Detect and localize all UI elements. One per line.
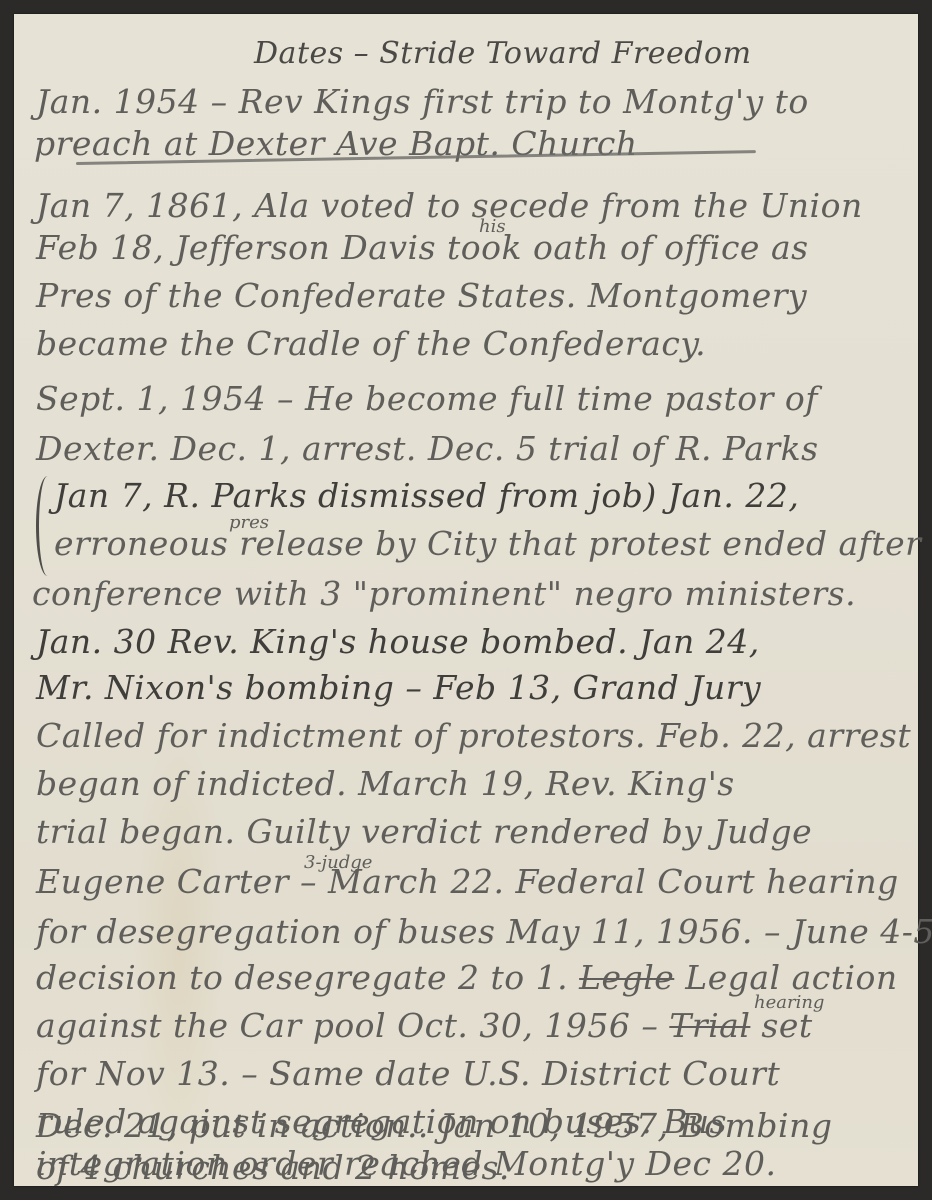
text-line-19: for Nov 13. – Same date U.S. District Co… [36,1054,780,1093]
text-line-22: Dec. 21, put in action.. Jan 10, 1957, B… [36,1106,832,1145]
text-line-23: of 4 churches and 2 homes. [36,1148,510,1187]
text-line-7: Jan 7, R. Parks dismissed from job) Jan.… [54,476,799,515]
text-line-4: became the Cradle of the Confederacy. [36,324,706,363]
text-line-2: Feb 18, Jefferson Davis took oath of off… [36,228,809,267]
text-line-12: Called for indictment of protestors. Feb… [36,716,911,755]
document-title: Dates – Stride Toward Freedom [254,36,752,71]
text-line-13: began of indicted. March 19, Rev. King's [36,764,735,803]
text-line-10: Jan. 30 Rev. King's house bombed. Jan 24… [36,622,760,661]
word-set: set [761,1006,812,1045]
text-line-14: trial began. Guilty verdict rendered by … [36,812,812,851]
document-page: Dates – Stride Toward Freedom Jan. 1954 … [14,14,918,1186]
text-line-9: conference with 3 "prominent" negro mini… [32,574,856,613]
text-line-1: Jan 7, 1861, Ala voted to secede from th… [36,186,863,225]
text-line-17-main: decision to desegregate 2 to 1. [36,958,568,997]
text-line-8: erroneous release by City that protest e… [54,524,921,563]
text-line-16: for desegregation of buses May 11, 1956.… [36,912,932,951]
text-line-11: Mr. Nixon's bombing – Feb 13, Grand Jury [36,668,761,707]
struck-word-trial: Trial [669,1006,750,1045]
text-line-6: Dexter. Dec. 1, arrest. Dec. 5 trial of … [36,429,819,468]
text-line-18-main: against the Car pool Oct. 30, 1956 – [36,1006,658,1045]
struck-word-legle: Legle [579,958,674,997]
text-line-15: Eugene Carter – March 22. Federal Court … [36,862,899,901]
text-line-3: Pres of the Confederate States. Montgome… [36,276,807,315]
line-23-wrap: of 4 churches and 2 homes. [36,1148,510,1187]
text-line-18: against the Car pool Oct. 30, 1956 – Tri… [36,1006,813,1045]
line-22-wrap: Dec. 21, put in action.. Jan 10, 1957, B… [36,1106,832,1145]
header-line-1: Jan. 1954 – Rev Kings first trip to Mont… [36,82,809,121]
text-line-5: Sept. 1, 1954 – He become full time past… [36,379,818,418]
